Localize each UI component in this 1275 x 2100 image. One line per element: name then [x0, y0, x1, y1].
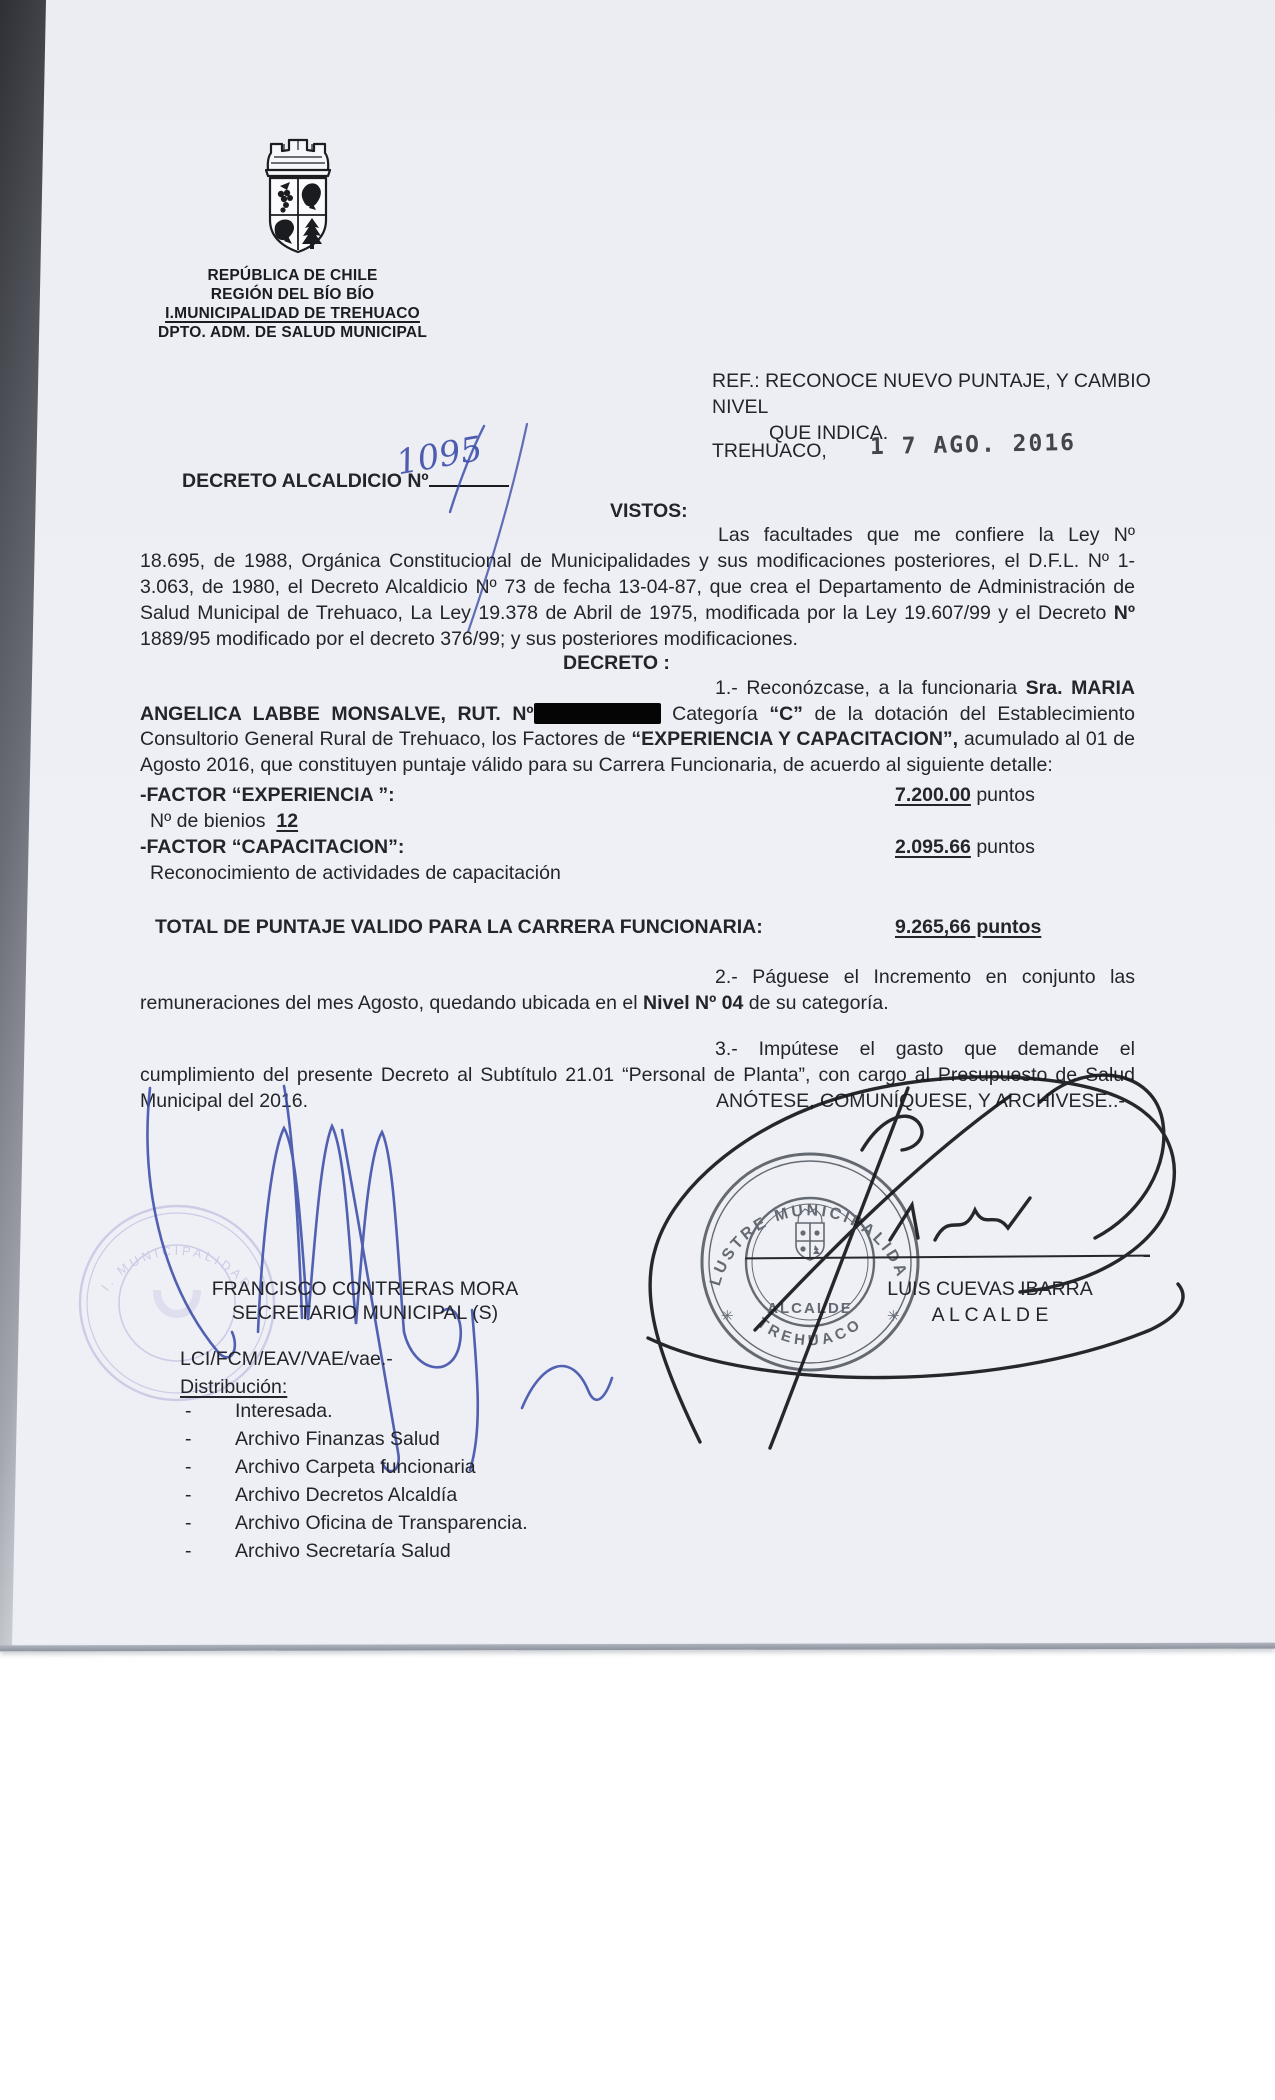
factor-experience-points: 7.200.00 puntos [895, 782, 1035, 808]
municipal-coat-of-arms-icon [254, 136, 342, 262]
p1-bold-factors: “EXPERIENCIA Y CAPACITACION”, [631, 728, 958, 750]
vistos-label: VISTOS: [610, 498, 688, 524]
dash-bullet: - [185, 1540, 235, 1563]
date-stamp: 1 7 AGO. 2016 [870, 430, 1077, 460]
factor-experience-sub: Nº de bienios 12 [150, 808, 298, 834]
secretary-title: SECRETARIO MUNICIPAL (S) [160, 1300, 570, 1326]
distribution-item-text: Archivo Decretos Alcaldía [235, 1484, 457, 1506]
distribution-item: -Archivo Finanzas Salud [185, 1428, 440, 1451]
dash-bullet: - [185, 1512, 235, 1535]
drafting-initials: LCI/FCM/EAV/VAE/vae.- [180, 1346, 393, 1372]
distribution-item: -Archivo Carpeta funcionaria [185, 1456, 476, 1479]
distribution-item-text: Archivo Carpeta funcionaria [235, 1456, 476, 1478]
distribution-item-text: Interesada. [235, 1400, 333, 1422]
total-value: 9.265,66 puntos [895, 914, 1041, 940]
factor-training-unit: puntos [971, 836, 1035, 858]
p1-text-3: Categoría [661, 703, 770, 725]
letterhead: REPÚBLICA DE CHILE REGIÓN DEL BÍO BÍO I.… [130, 266, 455, 342]
reference-line1: REF.: RECONOCE NUEVO PUNTAJE, Y CAMBIO N… [712, 368, 1152, 420]
mayor-title: A L C A L D E [790, 1302, 1190, 1328]
distribution-item: -Archivo Oficina de Transparencia. [185, 1512, 528, 1535]
p2-text-1: 2.- Páguese el Incremento en conjunto la… [140, 966, 1135, 1014]
mayor-signature-ink [620, 1060, 1200, 1460]
p1-text-1: 1.- Reconózcase, a la funcionaria [715, 677, 1026, 699]
distribution-item-text: Archivo Secretaría Salud [235, 1540, 451, 1562]
distribution-item: -Archivo Decretos Alcaldía [185, 1484, 457, 1507]
vistos-text-2: 1889/95 modificado por el decreto 376/99… [140, 628, 798, 650]
distribution-item-text: Archivo Finanzas Salud [235, 1428, 440, 1450]
place-label: TREHUACO, [712, 438, 827, 464]
dash-bullet: - [185, 1400, 235, 1423]
decreto-point-1: 1.- Reconózcase, a la funcionaria Sra. M… [140, 676, 1135, 778]
p1-text-2: RUT. Nº [446, 703, 534, 725]
distribution-item: -Interesada. [185, 1400, 333, 1423]
total-label: TOTAL DE PUNTAJE VALIDO PARA LA CARRERA … [155, 914, 763, 940]
factor-experience-unit: puntos [971, 784, 1035, 806]
distribution-item-text: Archivo Oficina de Transparencia. [235, 1512, 528, 1534]
factor-training-label: -FACTOR “CAPACITACION”: [140, 834, 404, 860]
decreto-heading: DECRETO : [563, 650, 670, 676]
mayor-name: LUIS CUEVAS IBARRA [790, 1276, 1190, 1302]
p2-bold-level: Nivel Nº 04 [643, 992, 743, 1014]
letterhead-region: REGIÓN DEL BÍO BÍO [130, 285, 455, 304]
scanned-decree-page: REPÚBLICA DE CHILE REGIÓN DEL BÍO BÍO I.… [0, 0, 1275, 2100]
p1-bold-category: “C” [769, 703, 803, 725]
decreto-point-2: 2.- Páguese el Incremento en conjunto la… [140, 964, 1135, 1016]
vistos-text-1: Las facultades que me confiere la Ley Nº… [140, 524, 1135, 624]
vistos-paragraph: Las facultades que me confiere la Ley Nº… [140, 522, 1135, 652]
letterhead-department: DPTO. ADM. DE SALUD MUNICIPAL [130, 323, 455, 342]
letterhead-country: REPÚBLICA DE CHILE [130, 266, 455, 285]
distribution-item: -Archivo Secretaría Salud [185, 1540, 451, 1563]
dash-bullet: - [185, 1456, 235, 1479]
rut-redaction-bar [534, 703, 661, 724]
p2-text-2: de su categoría. [743, 992, 888, 1014]
factor-training-points: 2.095.66 puntos [895, 834, 1035, 860]
secretary-name: FRANCISCO CONTRERAS MORA [160, 1276, 570, 1302]
dash-bullet: - [185, 1428, 235, 1451]
distribution-label: Distribución: [180, 1374, 287, 1400]
factor-training-sub: Reconocimiento de actividades de capacit… [150, 860, 561, 886]
factor-training-value: 2.095.66 [895, 836, 971, 858]
factor-experience-label: -FACTOR “EXPERIENCIA ”: [140, 782, 395, 808]
factor-experience-value: 7.200.00 [895, 784, 971, 806]
decree-number-label: DECRETO ALCALDICIO Nº [182, 470, 429, 492]
bienios-value: 12 [276, 810, 298, 832]
vistos-bold-no: Nº [1114, 602, 1135, 624]
dash-bullet: - [185, 1484, 235, 1507]
letterhead-municipality: I.MUNICIPALIDAD DE TREHUACO [130, 304, 455, 323]
bienios-label: Nº de bienios [150, 810, 266, 832]
paper-bottom-edge [0, 1643, 1275, 1652]
